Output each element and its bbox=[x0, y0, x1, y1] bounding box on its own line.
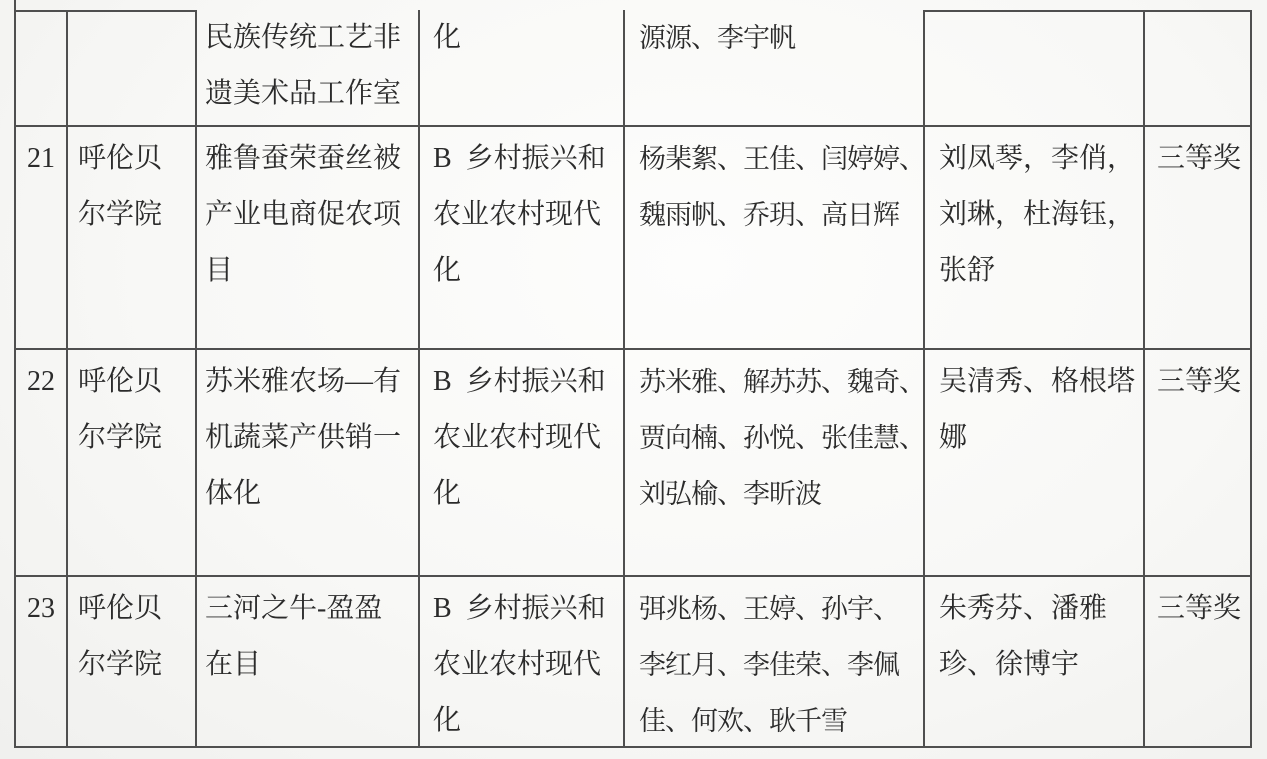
cell-team: 苏米雅、解苏苏、魏奇、 贾向楠、孙悦、张佳慧、 刘弘榆、李昕波 bbox=[625, 350, 925, 577]
cell-project: 雅鲁蚕荣蚕丝被 产业电商促农项 目 bbox=[197, 127, 420, 350]
cell-category: 化 bbox=[420, 10, 625, 127]
cell-category: B 乡村振兴和 农业农村现代 化 bbox=[420, 577, 625, 748]
cell-institution: 呼伦贝 尔学院 bbox=[68, 127, 197, 350]
cell-award bbox=[1145, 10, 1252, 127]
cell-num bbox=[14, 10, 68, 127]
cell-num: 23 bbox=[14, 577, 68, 748]
cell-award: 三等奖 bbox=[1145, 350, 1252, 577]
cell-team: 杨棐絮、王佳、闫婷婷、 魏雨帆、乔玥、高日辉 bbox=[625, 127, 925, 350]
cell-team: 源源、李宇帆 bbox=[625, 10, 925, 127]
cell-institution: 呼伦贝 尔学院 bbox=[68, 350, 197, 577]
cell-award: 三等奖 bbox=[1145, 577, 1252, 748]
cell-category: B 乡村振兴和 农业农村现代 化 bbox=[420, 127, 625, 350]
cell-advisors: 朱秀芬、潘雅 珍、徐博宇 bbox=[925, 577, 1145, 748]
cell-num: 22 bbox=[14, 350, 68, 577]
cell-advisors: 吴清秀、格根塔 娜 bbox=[925, 350, 1145, 577]
photographed-document-page: { "colors": { "border": "#4f4f4f", "text… bbox=[0, 0, 1267, 759]
cell-category: B 乡村振兴和 农业农村现代 化 bbox=[420, 350, 625, 577]
cell-num: 21 bbox=[14, 127, 68, 350]
awards-table: 民族传统工艺非 遗美术品工作室 化 源源、李宇帆 21 呼伦贝 尔学院 雅鲁蚕荣… bbox=[14, 10, 1252, 748]
cell-award: 三等奖 bbox=[1145, 127, 1252, 350]
cell-institution: 呼伦贝 尔学院 bbox=[68, 577, 197, 748]
cell-project: 民族传统工艺非 遗美术品工作室 bbox=[197, 10, 420, 127]
cell-advisors bbox=[925, 10, 1145, 127]
cell-project: 苏米雅农场—有 机蔬菜产供销一 体化 bbox=[197, 350, 420, 577]
cell-institution bbox=[68, 10, 197, 127]
cell-advisors: 刘凤琴，李俏， 刘琳，杜海钰， 张舒 bbox=[925, 127, 1145, 350]
cell-team: 弭兆杨、王婷、孙宇、 李红月、李佳荣、李佩 佳、何欢、耿千雪 bbox=[625, 577, 925, 748]
cell-project: 三河之牛-盈盈 在目 bbox=[197, 577, 420, 748]
